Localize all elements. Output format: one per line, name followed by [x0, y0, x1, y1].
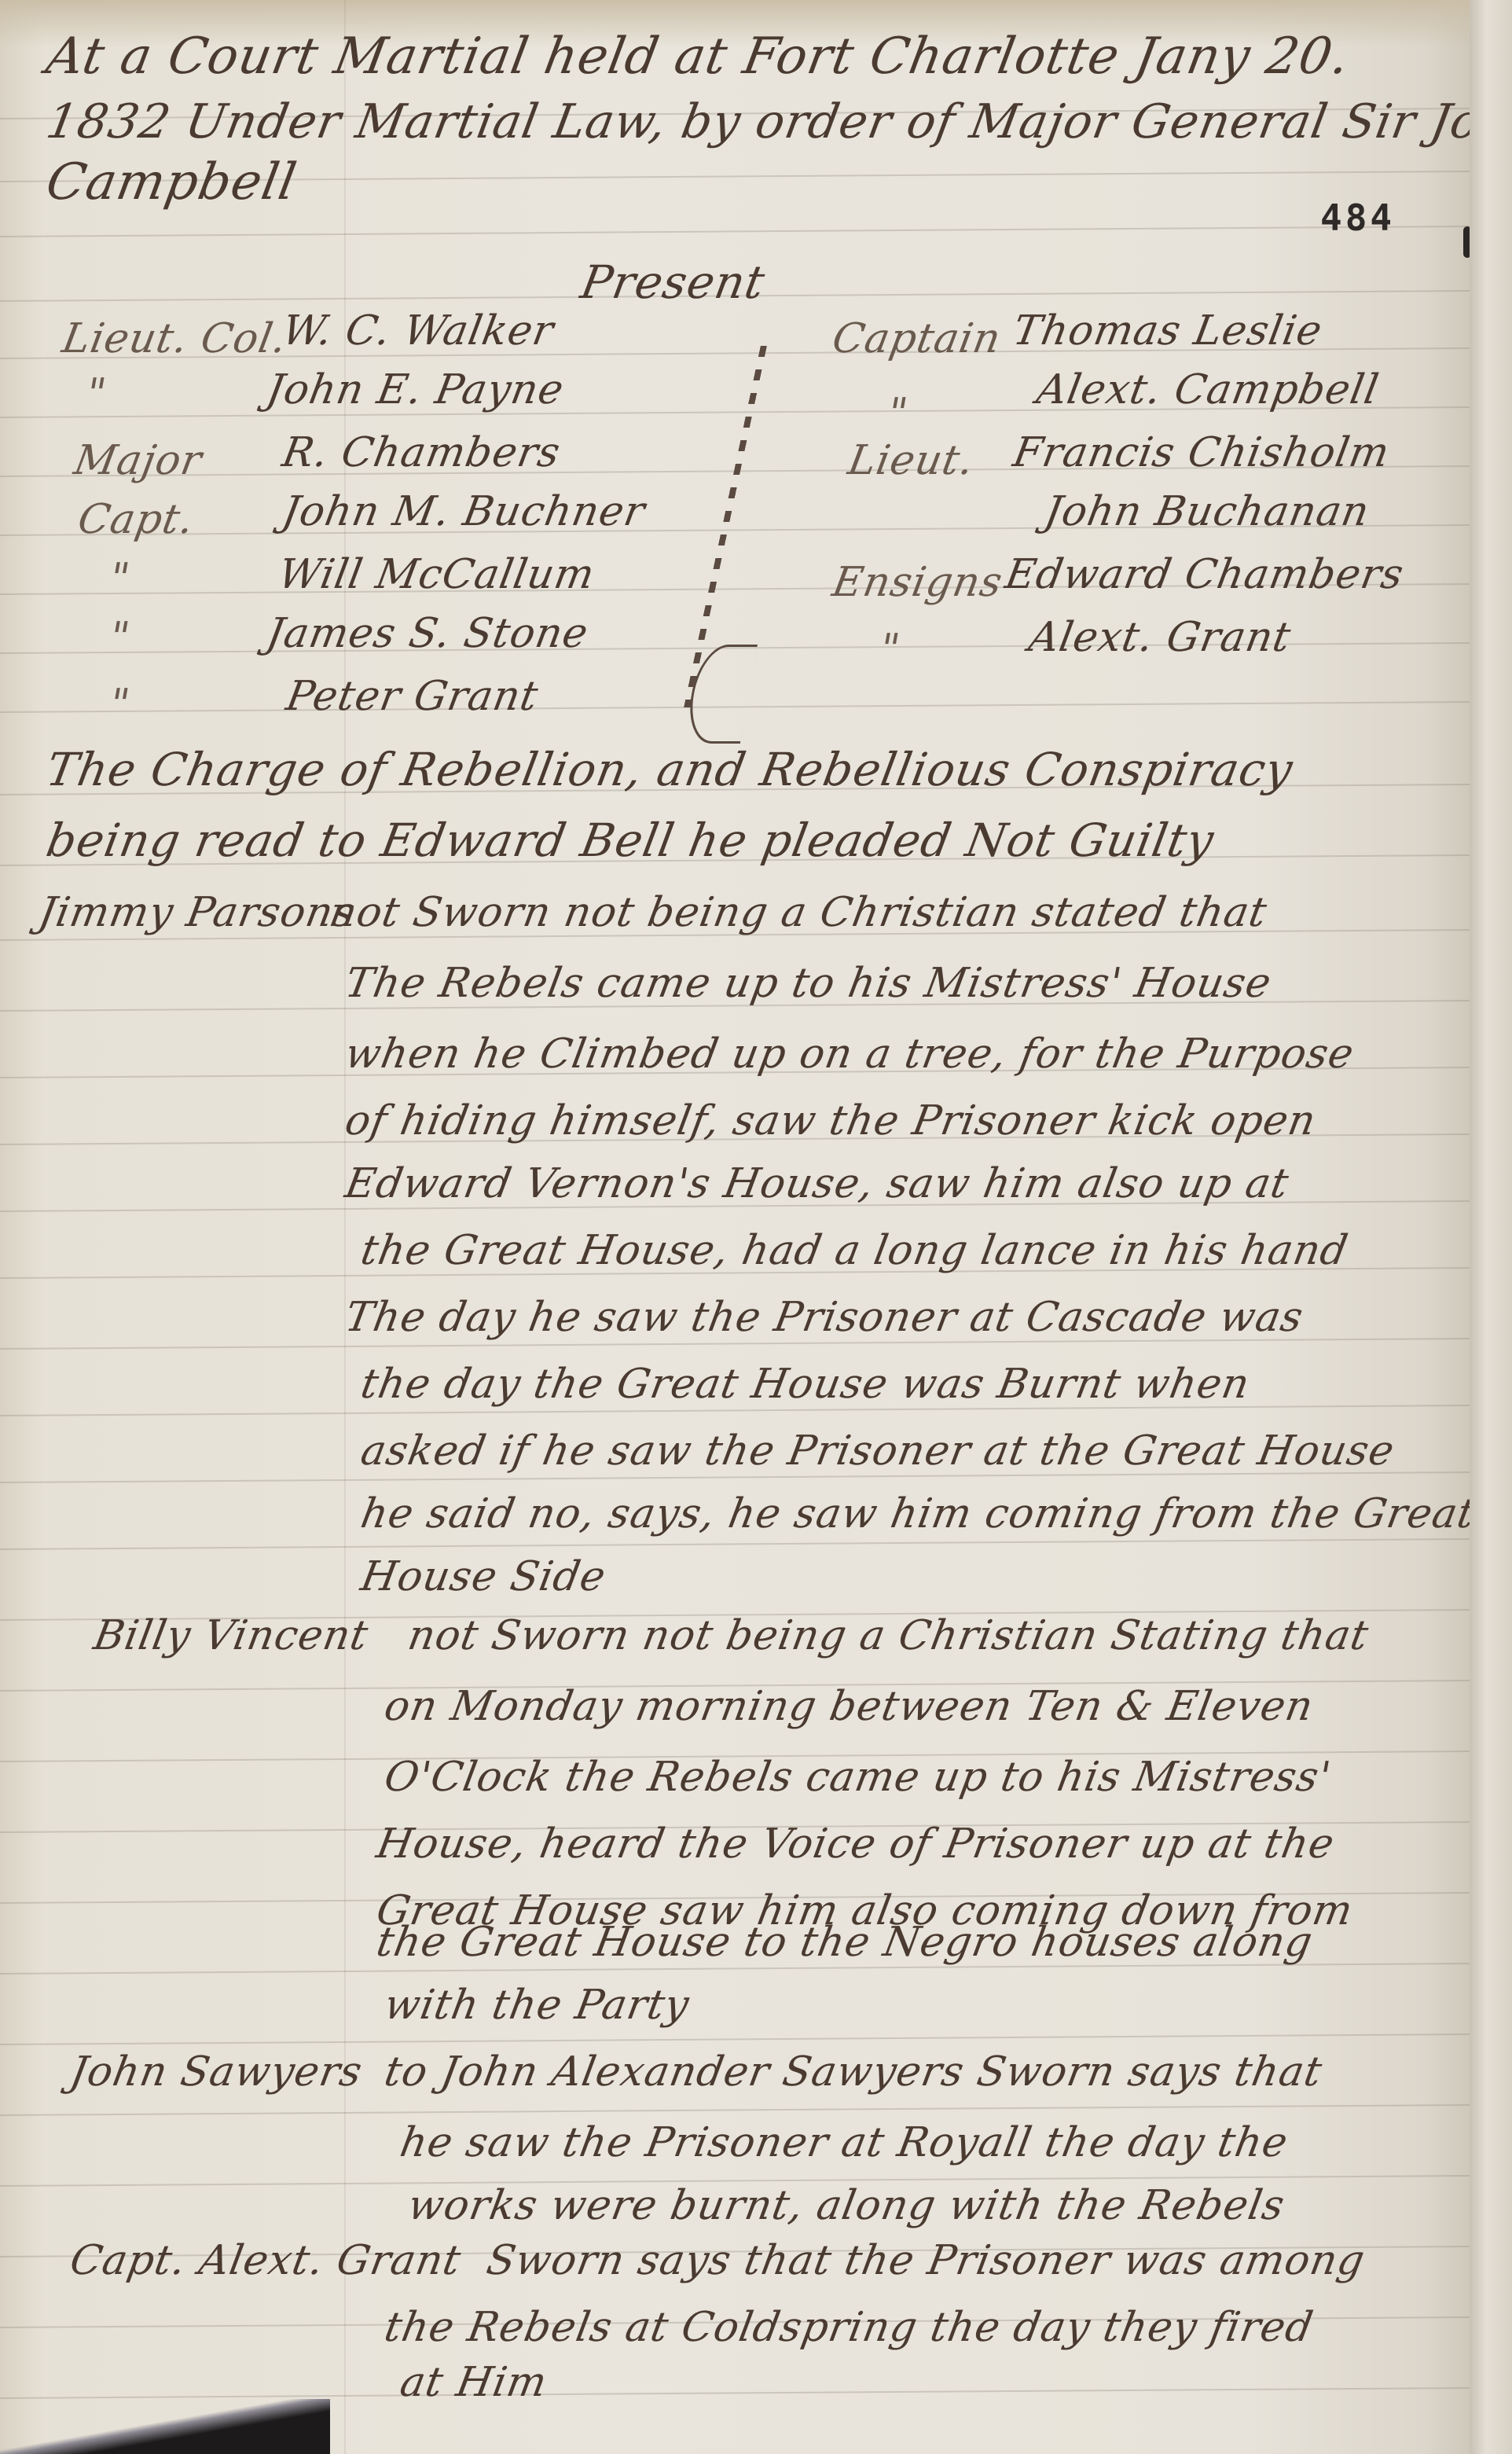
member-rank: Capt.: [75, 499, 197, 540]
testimony-line: the Rebels at Coldspring the day they fi…: [381, 2307, 1316, 2348]
testimony-line: Sworn says that the Prisoner was among: [483, 2240, 1368, 2281]
ruled-line: [0, 1538, 1470, 1550]
member-rank: Lieut. Col.: [59, 318, 290, 359]
witness-name: Billy Vincent: [90, 1615, 371, 1656]
member-rank: Ensigns: [829, 562, 1005, 603]
testimony-line: the Great House to the Negro houses alon…: [373, 1922, 1316, 1963]
testimony-line: The day he saw the Prisoner at Cascade w…: [342, 1297, 1306, 1338]
testimony-line: House Side: [358, 1556, 609, 1597]
member-name: Francis Chisholm: [1010, 432, 1393, 473]
member-name: Edward Chambers: [1002, 554, 1407, 595]
member-name: James S. Stone: [263, 613, 591, 654]
testimony-line: he saw the Prisoner at Royall the day th…: [397, 2122, 1291, 2163]
ruled-line: [0, 2387, 1470, 2399]
member-name: Will McCallum: [275, 554, 597, 595]
testimony-line: at Him: [397, 2362, 550, 2403]
member-rank: ": [106, 684, 133, 725]
member-name: W. C. Walker: [279, 310, 556, 351]
ruled-line: [0, 2104, 1470, 2116]
member-rank: ": [83, 373, 109, 414]
page-number-stamp: 484: [1320, 197, 1395, 239]
testimony-line: he said no, says, he saw him coming from…: [358, 1493, 1470, 1534]
testimony-line: The Rebels came up to his Mistress' Hous…: [342, 963, 1274, 1004]
testimony-line: Edward Vernon's House, saw him also up a…: [342, 1163, 1292, 1204]
member-rank: Captain: [829, 318, 1004, 359]
heading-line-3: Campbell: [42, 157, 300, 208]
page-bottom-edge: [0, 2399, 330, 2454]
member-name: Alext. Grant: [1026, 617, 1294, 658]
member-rank: Major: [71, 440, 205, 481]
testimony-line: the day the Great House was Burnt when: [358, 1364, 1253, 1405]
member-name: John Buchanan: [1041, 491, 1372, 532]
member-rank: ": [884, 393, 911, 434]
testimony-line: asked if he saw the Prisoner at the Grea…: [358, 1431, 1397, 1471]
member-name: Alext. Campbell: [1033, 369, 1382, 410]
member-name: R. Chambers: [279, 432, 563, 473]
member-rank: ": [876, 629, 903, 670]
book-gutter: [1470, 0, 1512, 2454]
member-name: John M. Buchner: [279, 491, 648, 532]
present-label: Present: [578, 259, 769, 305]
binding-thread-mark: [1463, 226, 1470, 258]
witness-name: John Sawyers: [67, 2052, 365, 2092]
heading-line-2: 1832 Under Martial Law, by order of Majo…: [43, 98, 1470, 145]
charge-line-1: The Charge of Rebellion, and Rebellious …: [43, 747, 1297, 792]
member-name: John E. Payne: [263, 369, 567, 410]
testimony-line: O'Clock the Rebels came up to his Mistre…: [381, 1757, 1334, 1798]
testimony-line: the Great House, had a long lance in his…: [358, 1230, 1351, 1271]
testimony-line: with the Party: [381, 1985, 692, 2026]
testimony-line: on Monday morning between Ten & Eleven: [381, 1686, 1316, 1727]
ruled-line: [0, 2033, 1470, 2045]
testimony-line: House, heard the Voice of Prisoner up at…: [373, 1824, 1338, 1864]
member-rank: Lieut.: [845, 440, 977, 481]
ruled-line: [0, 226, 1470, 237]
charge-line-2: being read to Edward Bell he pleaded Not…: [43, 817, 1217, 863]
manuscript-page: At a Court Martial held at Fort Charlott…: [0, 0, 1470, 2454]
testimony-line: to John Alexander Sawyers Sworn says tha…: [381, 2052, 1325, 2092]
testimony-line: not Sworn not being a Christian Stating …: [405, 1615, 1371, 1656]
witness-name: Capt. Alext. Grant: [67, 2240, 464, 2281]
testimony-line: not Sworn not being a Christian stated t…: [326, 892, 1270, 933]
witness-name: Jimmy Parsons: [35, 892, 358, 933]
testimony-line: of hiding himself, saw the Prisoner kick…: [342, 1100, 1319, 1141]
testimony-line: when he Climbed up on a tree, for the Pu…: [342, 1034, 1357, 1075]
member-name: Peter Grant: [283, 676, 541, 717]
member-name: Thomas Leslie: [1010, 310, 1325, 351]
heading-line-1: At a Court Martial held at Fort Charlott…: [42, 31, 1353, 82]
testimony-line: works were burnt, along with the Rebels: [405, 2185, 1287, 2226]
